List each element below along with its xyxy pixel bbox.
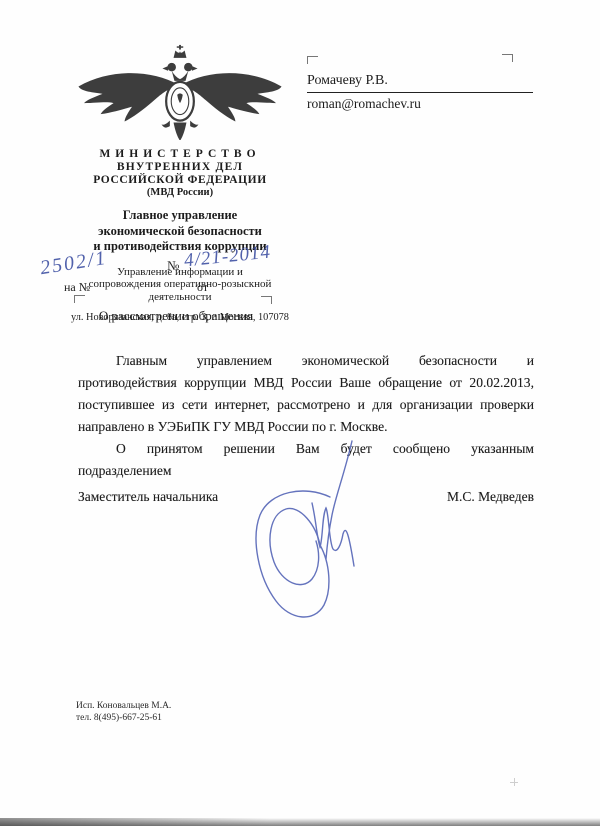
footer-block: Исп. Коновальцев М.А. тел. 8(495)-667-25… <box>76 701 171 724</box>
scanned-letter-page: МИНИСТЕРСТВО ВНУТРЕННИХ ДЕЛ РОССИЙСКОЙ Ф… <box>0 0 600 826</box>
from-label: от <box>197 280 208 295</box>
ministry-name-line-4: (МВД России) <box>45 187 315 199</box>
body-line: поступившее из сети интернет, рассмотрен… <box>78 394 534 416</box>
main-directorate-line-2: экономической безопасности <box>45 224 315 240</box>
handwritten-signature-icon <box>230 435 380 635</box>
body-line: противодействия коррупции МВД России Ваш… <box>78 372 534 394</box>
scan-plus-mark-artifact <box>510 778 518 786</box>
subject-line: О рассмотрении обращения <box>78 308 274 324</box>
executor-phone-line: тел. 8(495)-667-25-61 <box>76 713 171 725</box>
ministry-name-line-1: МИНИСТЕРСТВО <box>45 148 315 160</box>
addressee-name: Ромачеву Р.В. <box>307 73 533 93</box>
scan-bottom-edge-shadow <box>0 818 600 826</box>
subject-corner-mark-right <box>261 296 272 304</box>
number-sign-label: № <box>167 258 179 274</box>
mvd-double-headed-eagle-icon <box>69 44 291 140</box>
body-line: Главным управлением экономической безопа… <box>78 350 534 372</box>
main-directorate-line-1: Главное управление <box>45 208 315 224</box>
ministry-name-line-3: РОССИЙСКОЙ ФЕДЕРАЦИИ <box>45 174 315 186</box>
signatory-name: М.С. Медведев <box>447 489 534 505</box>
signatory-position: Заместитель начальника <box>78 489 218 505</box>
main-directorate: Главное управление экономической безопас… <box>45 208 315 255</box>
addressee-email: roman@romachev.ru <box>307 96 533 112</box>
subject-corner-mark-left <box>74 295 85 303</box>
on-number-label: на № <box>64 280 90 295</box>
ministry-name-line-2: ВНУТРЕННИХ ДЕЛ <box>45 161 315 173</box>
addressee-block: Ромачеву Р.В. roman@romachev.ru <box>307 55 533 112</box>
executor-line: Исп. Коновальцев М.А. <box>76 701 171 713</box>
